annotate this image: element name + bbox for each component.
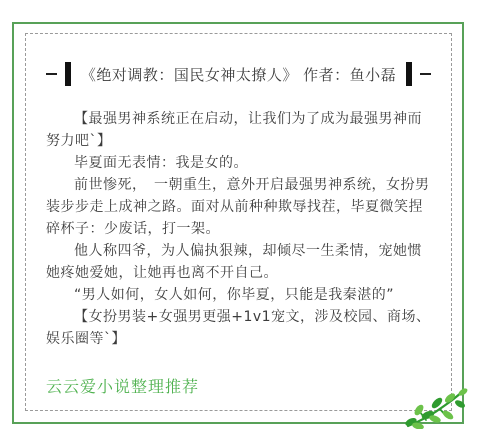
leaf-branch-icon bbox=[404, 388, 468, 429]
title-left-bar-icon bbox=[65, 62, 71, 86]
story-body: 【最强男神系统正在启动，让我们为了成为最强男神而努力吧`】 毕夏面无表情：我是女… bbox=[46, 108, 431, 350]
title-right-line bbox=[420, 73, 431, 75]
title-row: 《绝对调教：国民女神太撩人》 作者：鱼小磊 bbox=[46, 61, 431, 87]
paragraph-quote: “男人如何，女人如何，你毕夏，只能是我秦湛的” bbox=[46, 284, 431, 306]
page: 《绝对调教：国民女神太撩人》 作者：鱼小磊 【最强男神系统正在启动，让我们为了成… bbox=[0, 0, 480, 429]
paragraph-system-prompt: 【最强男神系统正在启动，让我们为了成为最强男神而努力吧`】 bbox=[46, 108, 431, 152]
title-left-line bbox=[46, 73, 57, 75]
title-right-bar-icon bbox=[406, 62, 412, 86]
paragraph-synopsis: 前世惨死， 一朝重生，意外开启最强男神系统，女扮男装步步走上成神之路。面对从前种… bbox=[46, 174, 431, 240]
credit-line: 云云爱小说整理推荐 bbox=[46, 374, 431, 397]
paragraph-reply: 毕夏面无表情：我是女的。 bbox=[46, 152, 431, 174]
page-title: 《绝对调教：国民女神太撩人》 作者：鱼小磊 bbox=[81, 64, 396, 85]
paragraph-hero: 他人称四爷，为人偏执狠辣，却倾尽一生柔情，宠她惯她疼她爱她，让她再也离不开自己。 bbox=[46, 240, 431, 284]
dashed-frame: 《绝对调教：国民女神太撩人》 作者：鱼小磊 【最强男神系统正在启动，让我们为了成… bbox=[25, 33, 452, 411]
green-frame: 《绝对调教：国民女神太撩人》 作者：鱼小磊 【最强男神系统正在启动，让我们为了成… bbox=[12, 22, 464, 424]
paragraph-tags: 【女扮男装+女强男更强+1v1宠文，涉及校园、商场、娱乐圈等`】 bbox=[46, 306, 431, 350]
